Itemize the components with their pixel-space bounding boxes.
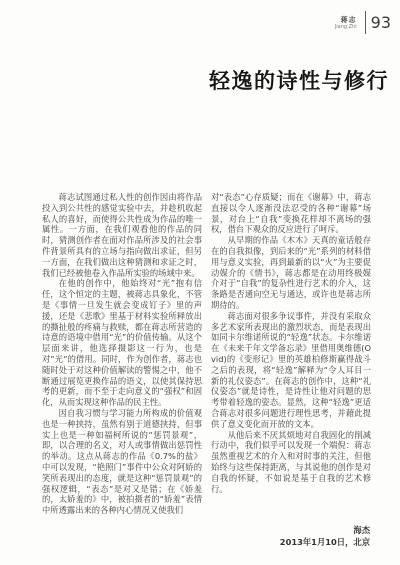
article-body: 蒋志试图通过私人性的创作因由将作品投入到公共性的感觉实验中去，并趁机收起私人的喜… (42, 192, 371, 516)
page-number: 93 (371, 11, 391, 34)
body-paragraph: 蒋志面对很多争议事件，并没有采取众多艺术家所表现出的激烈状态，而是表现出如同卡尔… (211, 311, 371, 430)
body-paragraph: 在他的创作中，他始终对“光”抱有信任，这个恒定的主题，被蒋志具象化，不管是《事情… (42, 278, 202, 408)
artist-name-en: Jiang Zhi (335, 24, 357, 30)
body-paragraph: 从早期的作品《木木》天真的童话般存在的自我拟像，到后来的“光”系列的材料借用与意… (211, 235, 371, 311)
header-divider (365, 11, 366, 34)
body-paragraph: 从他后来不厌其烦地对自我固化的削减行动中，我们似乎可以发现一个端倪：蒋志虽然重视… (211, 430, 371, 495)
page-title: 轻逸的诗性与修行 (209, 65, 389, 95)
body-paragraph: 因自我习惯与学习能力所构成的价值观也是一种挟持，虽然有别于道德挟持，但事实上也是… (42, 408, 202, 516)
body-paragraph-continuation: 对“表态”心存质疑；而在《谢幕》中，蒋志直接以令人逐渐没法忍受的各种“谢幕”场景… (211, 192, 371, 235)
body-paragraph: 蒋志试图通过私人性的创作因由将作品投入到公共性的感觉实验中去，并趁机收起私人的喜… (42, 192, 202, 278)
running-head: 蒋志 Jiang Zhi 93 (335, 11, 391, 34)
artist-name-cn: 蒋志 (335, 16, 357, 24)
right-column: 对“表态”心存质疑；而在《谢幕》中，蒋志直接以令人逐渐没法忍受的各种“谢幕”场景… (211, 192, 371, 516)
author-signature: 海杰 (280, 525, 370, 537)
dateline: 2013年1月10日，北京 (280, 537, 370, 549)
artist-name: 蒋志 Jiang Zhi (335, 16, 357, 30)
signature-block: 海杰 2013年1月10日，北京 (280, 525, 370, 548)
left-column: 蒋志试图通过私人性的创作因由将作品投入到公共性的感觉实验中去，并趁机收起私人的喜… (42, 192, 202, 516)
